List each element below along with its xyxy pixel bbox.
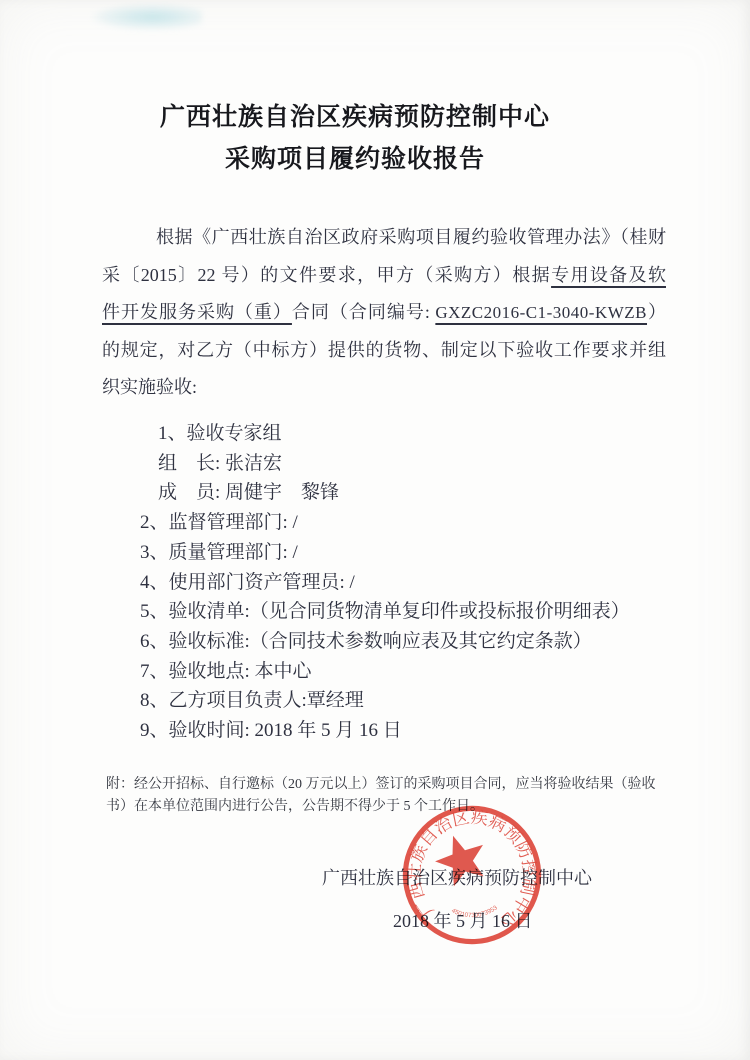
paragraph-line: 根据《广西壮族自治区政府采购项目履约验收管理办法》（桂财 <box>102 219 666 257</box>
body-paragraph: 根据《广西壮族自治区政府采购项目履约验收管理办法》（桂财 采〔2015〕22 号… <box>102 219 666 407</box>
footnote-line-1: 附：经公开招标、自行邀标（20 万元以上）签订的采购项目合同，应当将验收结果（验… <box>106 774 686 796</box>
list-item: 成 员: 周健宇 黎锋 <box>140 478 680 508</box>
text-run: ） <box>647 302 666 322</box>
text-run: 的规定，对乙方（中标方）提供的货物、制定以下验收工作要求并组 <box>102 340 666 360</box>
list-item: 7、验收地点: 本中心 <box>140 657 680 687</box>
list-item: 6、验收标准:（合同技术参数响应表及其它约定条款） <box>140 627 680 657</box>
paragraph-line: 织实施验收: <box>102 369 666 407</box>
text-run: 合同（合同编号: <box>292 302 435 322</box>
seal-serial: 45010730073953 <box>449 891 500 930</box>
document-title: 广西壮族自治区疾病预防控制中心 采购项目履约验收报告 <box>0 96 710 180</box>
scan-smudge-artifact <box>92 4 202 30</box>
title-line-2: 采购项目履约验收报告 <box>0 138 710 180</box>
title-line-1: 广西壮族自治区疾病预防控制中心 <box>0 96 710 138</box>
list-item: 3、质量管理部门: / <box>140 538 680 568</box>
paragraph-line: 采〔2015〕22 号）的文件要求，甲方（采购方）根据专用设备及软 <box>102 257 666 295</box>
paragraph-line: 的规定，对乙方（中标方）提供的货物、制定以下验收工作要求并组 <box>102 332 666 370</box>
footnote: 附：经公开招标、自行邀标（20 万元以上）签订的采购项目合同，应当将验收结果（验… <box>106 774 686 817</box>
acceptance-items-list: 1、验收专家组 组 长: 张洁宏 成 员: 周健宇 黎锋 2、监督管理部门: /… <box>140 419 680 746</box>
underlined-text-run: 专用设备及软 <box>551 265 666 285</box>
contract-number: GXZC2016-C1-3040-KWZB <box>435 303 647 322</box>
list-item: 1、验收专家组 <box>140 419 680 449</box>
text-run: 织实施验收: <box>102 377 197 397</box>
list-item: 2、监督管理部门: / <box>140 508 680 538</box>
scanned-document-page: 广西壮族自治区疾病预防控制中心 采购项目履约验收报告 根据《广西壮族自治区政府采… <box>0 0 750 1060</box>
text-run: 根据《广西壮族自治区政府采购项目履约验收管理办法》（桂财 <box>156 227 666 247</box>
footnote-line-2: 书）在本单位范围内进行公告，公告期不得少于 5 个工作日。 <box>106 796 686 818</box>
list-item: 8、乙方项目负责人:覃经理 <box>140 686 680 716</box>
list-item: 5、验收清单:（见合同货物清单复印件或投标报价明细表） <box>140 597 680 627</box>
underlined-text-run: 件开发服务采购（重） <box>102 302 292 322</box>
paragraph-line: 件开发服务采购（重）合同（合同编号: GXZC2016-C1-3040-KWZB… <box>102 294 666 332</box>
list-item: 4、使用部门资产管理员: / <box>140 568 680 598</box>
svg-text:45010730073953: 45010730073953 <box>449 891 500 930</box>
text-run: 采〔2015〕22 号）的文件要求，甲方（采购方）根据 <box>102 265 551 285</box>
list-item: 组 长: 张洁宏 <box>140 449 680 479</box>
list-item: 9、验收时间: 2018 年 5 月 16 日 <box>140 716 680 746</box>
